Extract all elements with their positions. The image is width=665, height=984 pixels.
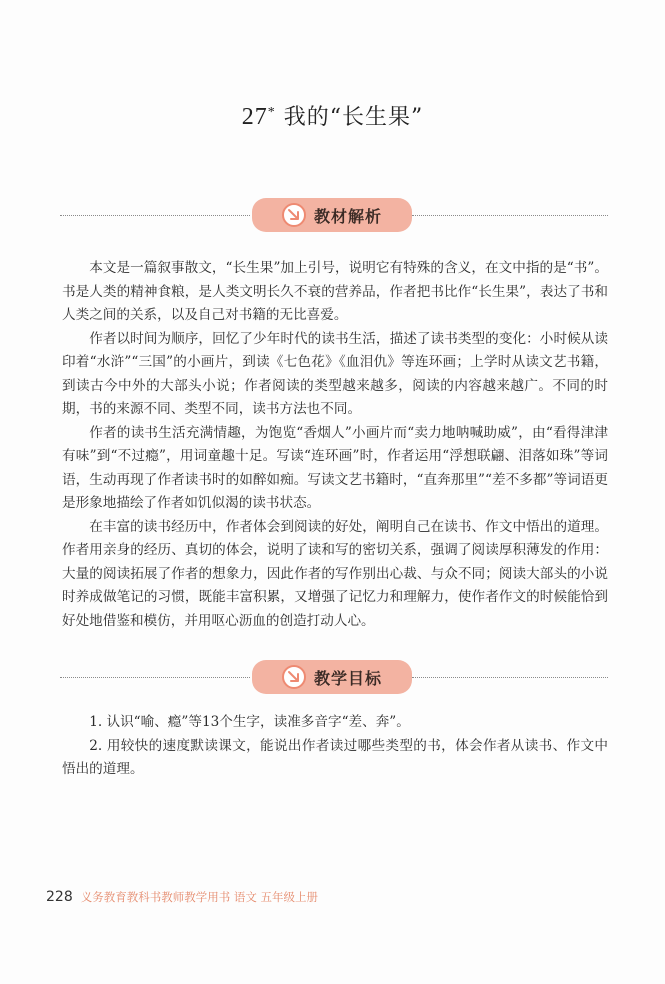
paragraph: 作者以时间为顺序，回忆了少年时代的读书生活，描述了读书类型的变化：小时候从读印着… xyxy=(62,328,608,422)
objective-item: 2. 用较快的速度默读课文，能说出作者读过哪些类型的书，体会作者从读书、作文中悟… xyxy=(62,735,608,782)
book-title: 义务教育教科书教师教学用书 语文 五年级上册 xyxy=(81,890,318,904)
section-header-objectives: 教学目标 xyxy=(60,660,608,694)
dotted-divider xyxy=(412,677,608,678)
section-body-objectives: 1. 认识“喻、瘾”等13个生字，读准多音字“差、奔”。 2. 用较快的速度默读… xyxy=(62,711,608,782)
dotted-divider xyxy=(60,677,250,678)
arrow-down-right-circle-icon xyxy=(282,665,306,689)
page-number: 228 xyxy=(46,889,73,905)
paragraph: 作者的读书生活充满情趣，为饱览“香烟人”小画片而“卖力地呐喊助威”，由“看得津津… xyxy=(62,422,608,516)
dotted-divider xyxy=(412,215,608,216)
paragraph: 在丰富的读书经历中，作者体会到阅读的好处，阐明自己在读书、作文中悟出的道理。作者… xyxy=(62,516,608,634)
optional-lesson-star: * xyxy=(268,105,276,120)
lesson-title: 我的“长生果” xyxy=(284,105,424,130)
page-footer: 228 义务教育教科书教师教学用书 语文 五年级上册 xyxy=(46,889,318,905)
lesson-number: 27 xyxy=(242,104,268,130)
section-body-analysis: 本文是一篇叙事散文，“长生果”加上引号，说明它有特殊的含义，在文中指的是“书”。… xyxy=(62,257,608,633)
objective-item: 1. 认识“喻、瘾”等13个生字，读准多音字“差、奔”。 xyxy=(62,711,608,735)
dotted-divider xyxy=(60,215,250,216)
section-heading: 教学目标 xyxy=(314,666,382,689)
section-badge: 教学目标 xyxy=(252,660,412,694)
section-badge: 教材解析 xyxy=(252,198,412,232)
section-header-analysis: 教材解析 xyxy=(60,198,608,232)
arrow-down-right-circle-icon xyxy=(282,203,306,227)
section-heading: 教材解析 xyxy=(314,204,382,227)
paragraph: 本文是一篇叙事散文，“长生果”加上引号，说明它有特殊的含义，在文中指的是“书”。… xyxy=(62,257,608,328)
page-title: 27*我的“长生果” xyxy=(0,100,665,131)
